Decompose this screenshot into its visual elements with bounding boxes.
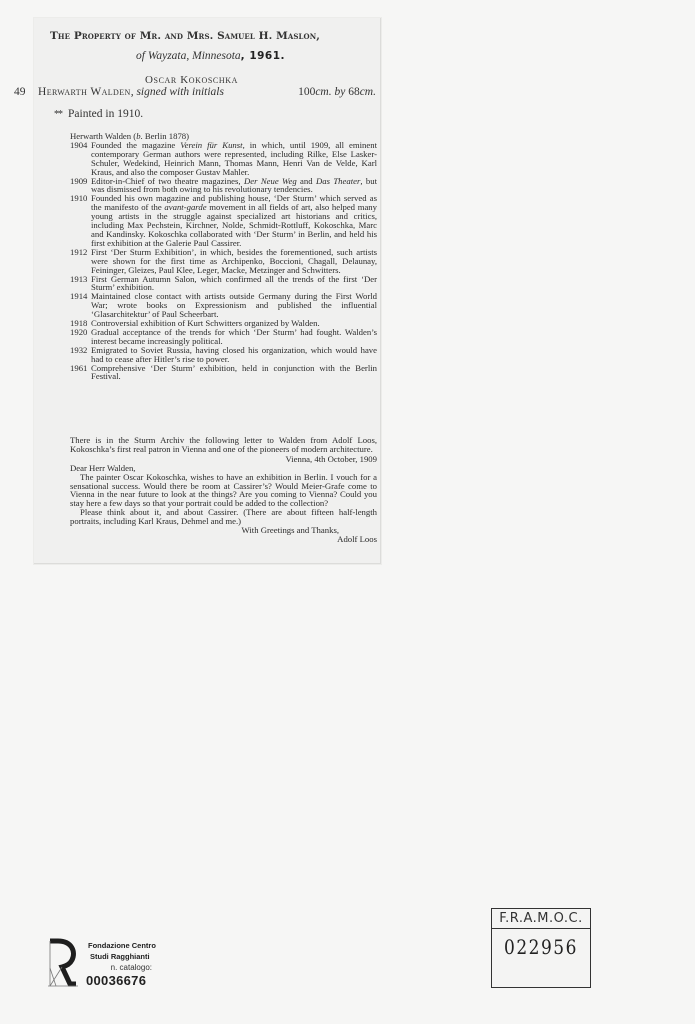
bio-entry-text: Gradual acceptance of the trends for whi… xyxy=(91,328,377,346)
bio-entry: 1932Emigrated to Soviet Russia, having c… xyxy=(70,346,377,364)
letter-closing: With Greetings and Thanks, xyxy=(70,526,377,535)
bio-entry: 1961Comprehensive ‘Der Sturm’ exhibition… xyxy=(70,364,377,382)
bio-entry-text: First ‘Der Sturm Exhibition’, in which, … xyxy=(91,248,377,275)
foundation-name-2: Studi Ragghianti xyxy=(86,952,166,961)
artwork-title: Herwarth Walden xyxy=(38,86,131,98)
stamp-label: F.R.A.M.O.C. xyxy=(492,909,590,929)
italic-title: Das Theater xyxy=(316,176,360,186)
fondazione-logo-icon xyxy=(46,938,80,988)
dimension-unit: cm. xyxy=(360,86,376,98)
bio-entry-text: Editor-in-Chief of two theatre magazines… xyxy=(91,177,377,195)
entry-text-segment: First ‘Der Sturm Exhibition’, in which, … xyxy=(91,247,377,275)
artwork-note: , signed with initials xyxy=(131,86,224,98)
bio-entry-year: 1920 xyxy=(70,328,91,346)
bio-entry: 1910Founded his own magazine and publish… xyxy=(70,194,377,247)
bio-entry-text: Comprehensive ‘Der Sturm’ exhibition, he… xyxy=(91,364,377,382)
bio-entry-year: 1909 xyxy=(70,177,91,195)
bio-entry: 1904Founded the magazine Verein für Kuns… xyxy=(70,141,377,177)
location-text: of Wayzata, Minnesota xyxy=(136,50,241,62)
dimension-height: 100 xyxy=(298,86,315,98)
bio-entry-year: 1912 xyxy=(70,248,91,275)
letter-paragraph-2: Please think about it, and about Cassire… xyxy=(70,508,377,526)
provenance-line: The Property of Mr. and Mrs. Samuel H. M… xyxy=(50,30,380,42)
foundation-name-1: Fondazione Centro xyxy=(86,941,166,950)
entry-text-segment: Emigrated to Soviet Russia, having close… xyxy=(91,345,377,364)
lot-title: Herwarth Walden, signed with initials xyxy=(38,86,224,98)
bio-entry: 1913First German Autumn Salon, which con… xyxy=(70,275,377,293)
bio-entry-text: Founded his own magazine and publishing … xyxy=(91,194,377,247)
entry-text-segment: Comprehensive ‘Der Sturm’ exhibition, he… xyxy=(91,363,377,382)
bio-entry: 1914Maintained close contact with artist… xyxy=(70,292,377,319)
artwork-dimensions: 100cm. by 68cm. xyxy=(298,86,376,98)
bio-entry-text: Emigrated to Soviet Russia, having close… xyxy=(91,346,377,364)
painted-text: Painted in 1910. xyxy=(68,108,143,120)
dimension-unit: cm. by xyxy=(315,86,348,98)
bio-entry-year: 1910 xyxy=(70,194,91,247)
entry-text-segment: Maintained close contact with artists ou… xyxy=(91,291,377,319)
dimension-width: 68 xyxy=(348,86,360,98)
bio-entry: 1912First ‘Der Sturm Exhibition’, in whi… xyxy=(70,248,377,275)
bio-entry-year: 1913 xyxy=(70,275,91,293)
stamp-number: 022956 xyxy=(492,937,590,960)
artist-name: Oscar Kokoschka xyxy=(0,74,665,86)
letter-intro: There is in the Sturm Archiv the followi… xyxy=(70,436,377,454)
bio-entry-text: Maintained close contact with artists ou… xyxy=(91,292,377,319)
letter-paragraph-1: The painter Oscar Kokoschka, wishes to h… xyxy=(70,473,377,509)
catalog-label: n. catalogo: xyxy=(86,963,166,972)
letter-signature: Adolf Loos xyxy=(70,535,377,544)
loos-letter: There is in the Sturm Archiv the followi… xyxy=(70,436,377,544)
lot-number: 49 xyxy=(14,86,26,98)
framoc-stamp: F.R.A.M.O.C. 022956 xyxy=(491,908,591,988)
bio-entry-text: Founded the magazine Verein für Kunst, i… xyxy=(91,141,377,177)
bio-entry-year: 1904 xyxy=(70,141,91,177)
painted-note: **Painted in 1910. xyxy=(54,108,143,120)
provenance-location: of Wayzata, Minnesota, 1961. xyxy=(136,50,285,62)
catalog-number: 00036676 xyxy=(86,973,166,988)
entry-text-segment: First German Autumn Salon, which confirm… xyxy=(91,274,377,293)
entry-text-segment: Gradual acceptance of the trends for whi… xyxy=(91,327,377,346)
bio-entry: 1909Editor-in-Chief of two theatre magaz… xyxy=(70,177,377,195)
foundation-label: Fondazione Centro Studi Ragghianti n. ca… xyxy=(86,941,166,988)
bio-entry-text: First German Autumn Salon, which confirm… xyxy=(91,275,377,293)
bio-entry-year: 1932 xyxy=(70,346,91,364)
handwritten-year: , 1961. xyxy=(241,50,285,62)
bio-entry-year: 1961 xyxy=(70,364,91,382)
bio-entry: 1920Gradual acceptance of the trends for… xyxy=(70,328,377,346)
bio-entry-year: 1914 xyxy=(70,292,91,319)
asterisks-icon: ** xyxy=(54,109,62,120)
biography: Herwarth Walden (b. Berlin 1878) 1904Fou… xyxy=(70,132,377,381)
